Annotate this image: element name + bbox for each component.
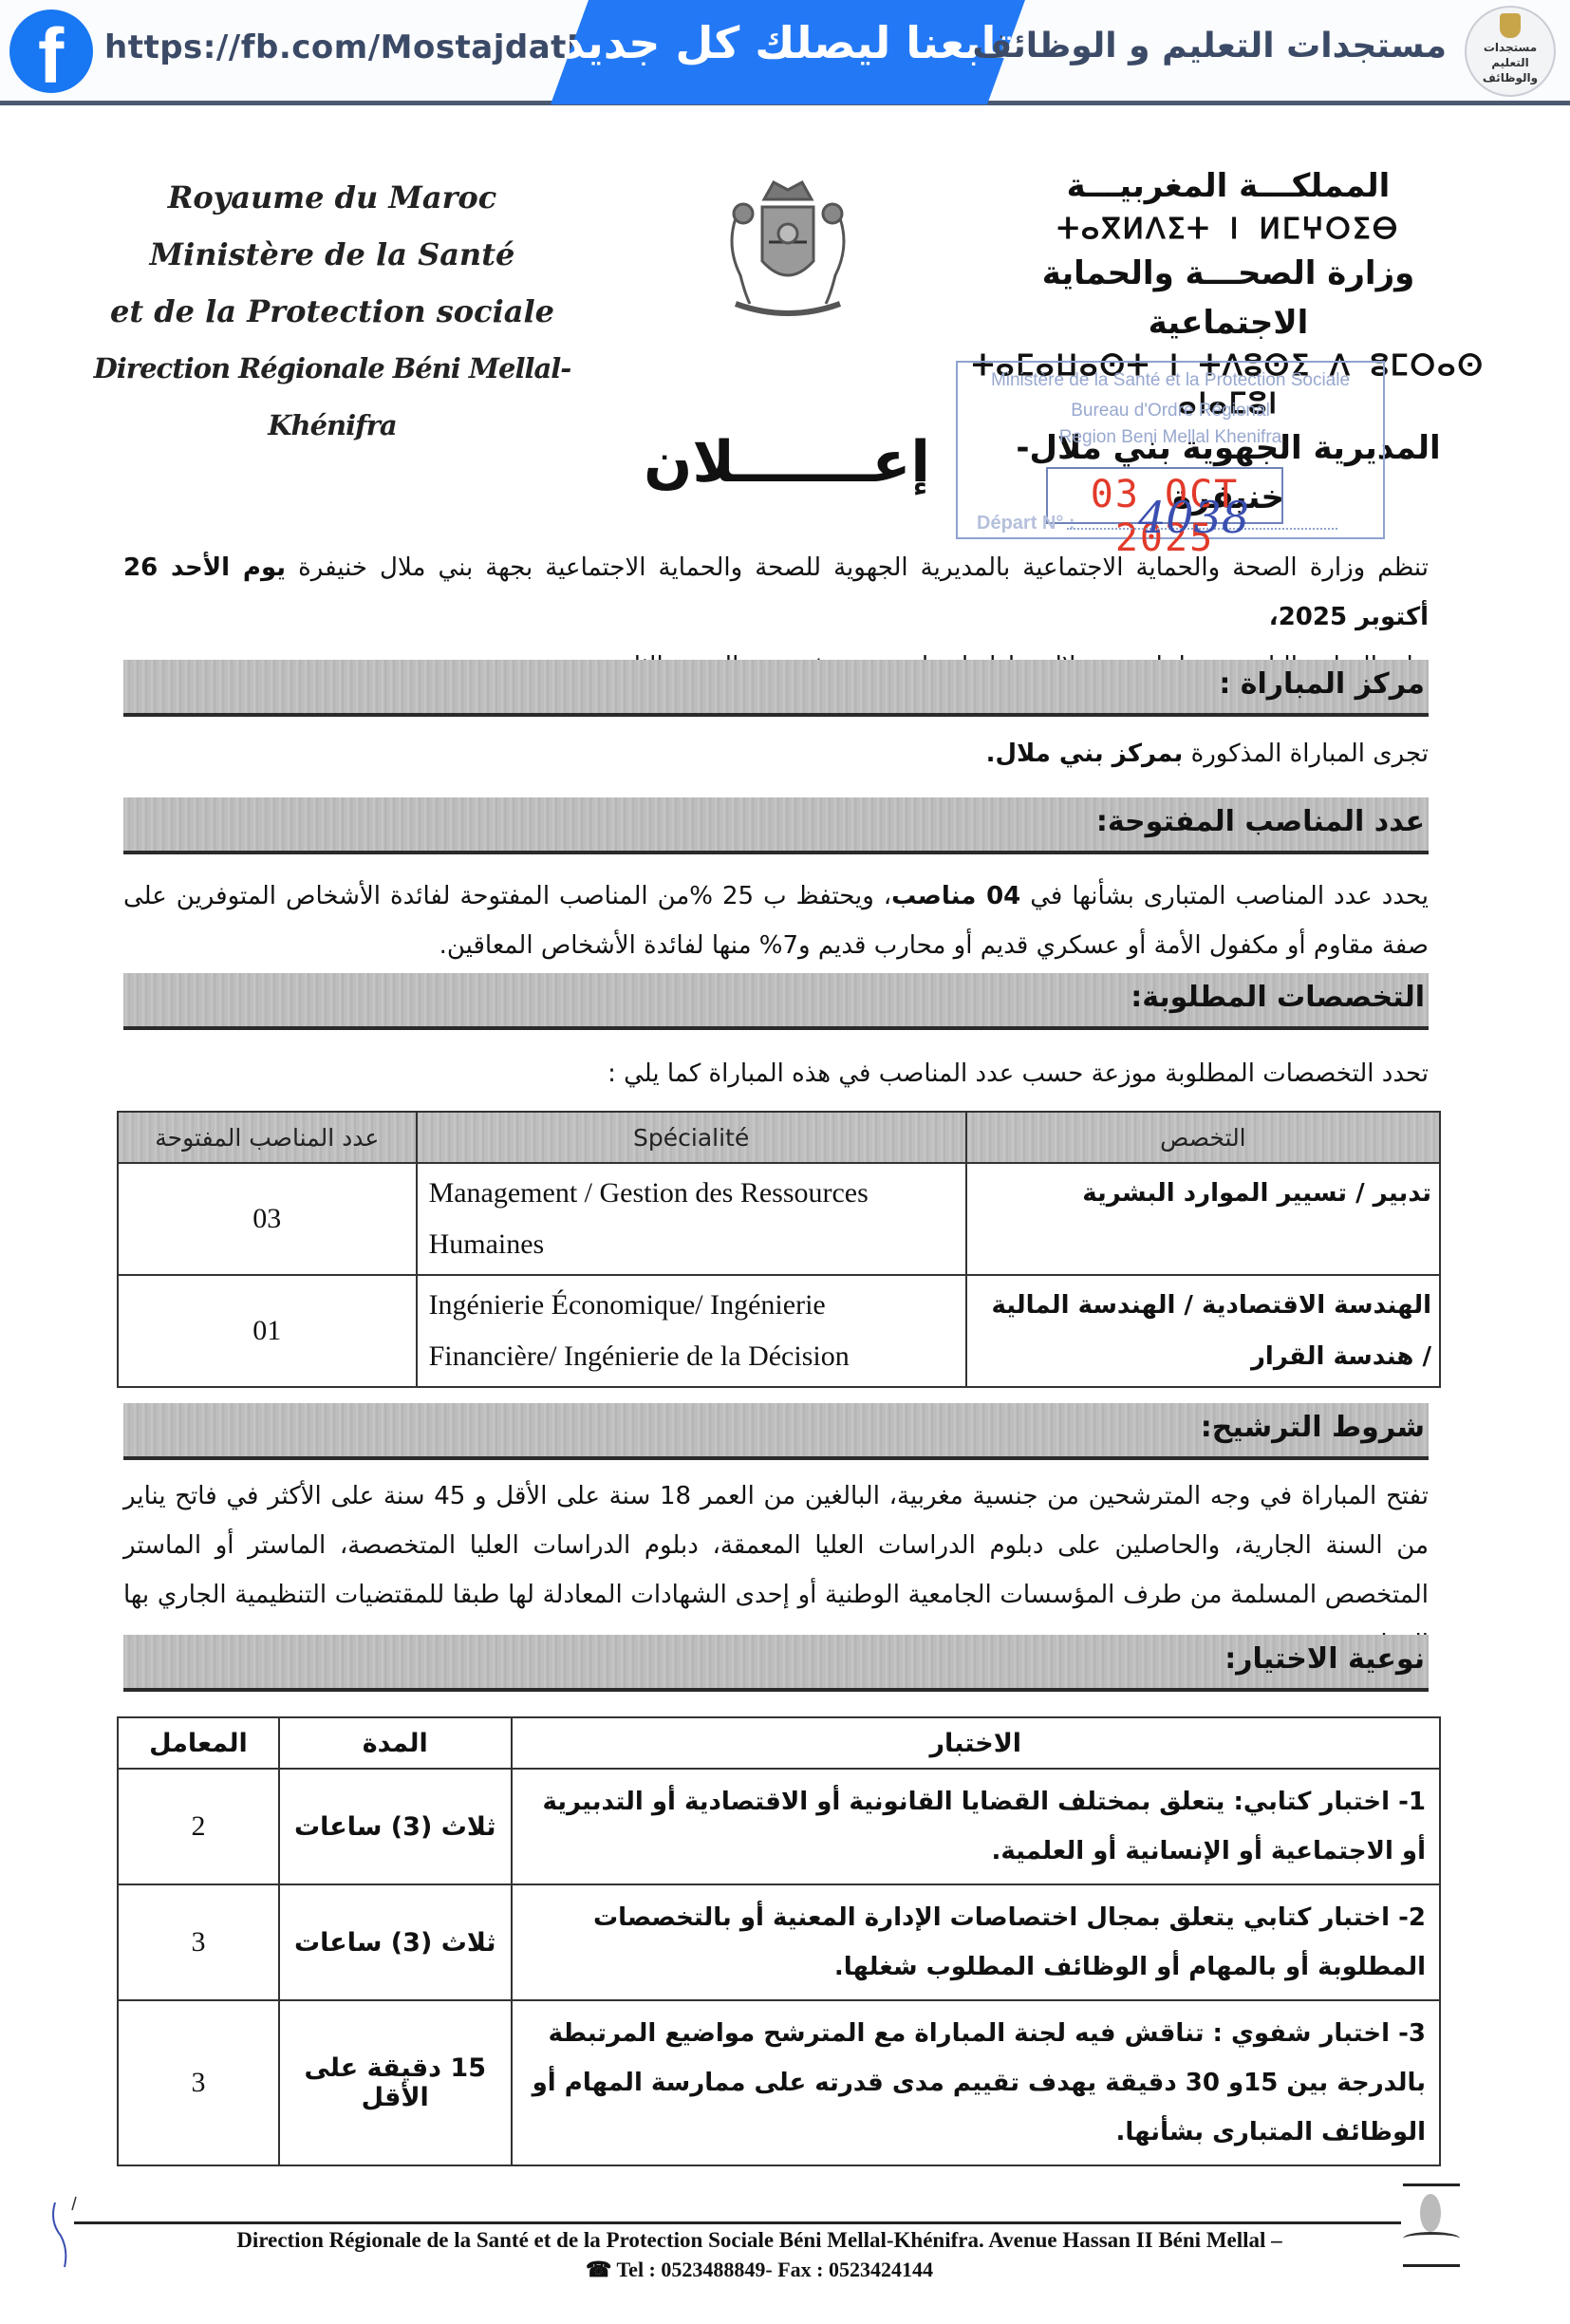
signature-mark: [47, 2193, 85, 2269]
cell-coefficient: 3: [118, 1884, 279, 2000]
footer-contact: ☎ Tel : 0523488849- Fax : 0523424144: [152, 2258, 1367, 2282]
section-center-heading: مركز المباراة :: [123, 660, 1429, 717]
section-conditions-heading: شروط الترشيح:: [123, 1403, 1429, 1460]
brand-name: مستجدات التعليم و الوظائف: [972, 27, 1447, 66]
table-row: 2- اختبار كتابي يتعلق بمجال اختصاصات الإ…: [118, 1884, 1440, 2000]
col-header-open-posts: عدد المناصب المفتوحة: [118, 1112, 417, 1163]
cell-duration: ثلاث (3) ساعات: [279, 1884, 512, 2000]
cell-test: 1- اختبار كتابي: يتعلق بمختلف القضايا ال…: [512, 1769, 1440, 1884]
footer-rule: [74, 2221, 1401, 2224]
cell-specialty-ar: تدبير / تسيير الموارد البشرية: [966, 1163, 1440, 1275]
section-posts-heading: عدد المناصب المفتوحة:: [123, 797, 1429, 854]
brand-logo: مستجدات التعليم والوظائف: [1465, 6, 1556, 97]
col-header-specialty-fr: Spécialité: [417, 1112, 966, 1163]
brand-logo-line1: مستجدات التعليم: [1467, 40, 1554, 70]
table-row: الهندسة الاقتصادية / الهندسة المالية / ه…: [118, 1275, 1440, 1387]
cell-specialty-fr: Management / Gestion des Ressources Huma…: [417, 1163, 966, 1275]
table-row: تدبير / تسيير الموارد البشرية Management…: [118, 1163, 1440, 1275]
cell-test: 3- اختبار شفوي : تناقش فيه لجنة المباراة…: [512, 2000, 1440, 2165]
col-header-coefficient: المعامل: [118, 1717, 279, 1769]
posts-paragraph: يحدد عدد المناصب المتبارى بشأنها في 04 م…: [123, 871, 1429, 970]
stamp-region: Region Beni Mellal Khenifra: [958, 427, 1383, 448]
fr-direction: Direction Régionale Béni Mellal-Khénifra: [66, 340, 598, 454]
ar-ministry: وزارة الصحـــة والحماية الاجتماعية: [963, 249, 1494, 347]
table-row: 3- اختبار شفوي : تناقش فيه لجنة المباراة…: [118, 2000, 1440, 2165]
cell-coefficient: 2: [118, 1769, 279, 1884]
departure-number: 4038: [1138, 492, 1249, 543]
ministry-logo-icon: [1403, 2183, 1460, 2267]
table-header-row: الاختبار المدة المعامل: [118, 1717, 1440, 1769]
facebook-icon[interactable]: f: [9, 9, 93, 93]
cell-specialty-fr: Ingénierie Économique/ Ingénierie Financ…: [417, 1275, 966, 1387]
section-tests-heading: نوعية الاختيار:: [123, 1635, 1429, 1692]
cell-specialty-ar: الهندسة الاقتصادية / الهندسة المالية / ه…: [966, 1275, 1440, 1387]
cell-duration: 15 دقيقة على الأقل: [279, 2000, 512, 2165]
center-paragraph: تجرى المباراة المذكورة بمركز بني ملال.: [123, 729, 1429, 778]
col-header-specialty-ar: التخصص: [966, 1112, 1440, 1163]
crest-mini-icon: [1500, 13, 1521, 38]
registry-stamp: Ministère de la Santé et la Protection S…: [956, 361, 1385, 539]
cell-test: 2- اختبار كتابي يتعلق بمجال اختصاصات الإ…: [512, 1884, 1440, 2000]
fr-protection: et de la Protection sociale: [66, 283, 598, 340]
cell-coefficient: 3: [118, 2000, 279, 2165]
follow-us-text: تابعنا ليصلك كل جديد: [551, 17, 1025, 68]
specialities-table: التخصص Spécialité عدد المناصب المفتوحة ت…: [117, 1111, 1441, 1388]
letterhead-french: Royaume du Maroc Ministère de la Santé e…: [66, 169, 598, 454]
footer-address: Direction Régionale de la Santé et de la…: [152, 2228, 1367, 2253]
section-specialities-heading: التخصصات المطلوبة:: [123, 973, 1429, 1030]
col-header-duration: المدة: [279, 1717, 512, 1769]
cell-open-posts: 01: [118, 1275, 417, 1387]
stamp-bureau: Bureau d'Ordre Régional: [958, 401, 1383, 422]
table-header-row: التخصص Spécialité عدد المناصب المفتوحة: [118, 1112, 1440, 1163]
stamp-ministry: Ministère de la Santé et la Protection S…: [958, 370, 1383, 391]
moroccan-coat-of-arms-icon: [717, 171, 859, 323]
page-title: إعـــــــلان: [664, 429, 930, 496]
intro-line1: تنظم وزارة الصحة والحماية الاجتماعية بال…: [286, 553, 1429, 582]
brand-logo-line2: والوظائف: [1467, 70, 1554, 85]
cell-open-posts: 03: [118, 1163, 417, 1275]
col-header-test: الاختبار: [512, 1717, 1440, 1769]
fr-kingdom: Royaume du Maroc: [66, 169, 598, 226]
fr-ministry: Ministère de la Santé: [66, 226, 598, 283]
wave-icon: [1403, 2232, 1460, 2245]
table-row: 1- اختبار كتابي: يتعلق بمختلف القضايا ال…: [118, 1769, 1440, 1884]
tifinagh-kingdom: ⵜⴰⴳⵍⴷⵉⵜ ⵏ ⵍⵎⵖⵔⵉⴱ: [963, 211, 1494, 249]
departure-label: Départ N° :: [977, 513, 1075, 534]
drop-icon: [1420, 2194, 1441, 2232]
tests-table: الاختبار المدة المعامل 1- اختبار كتابي: …: [117, 1716, 1441, 2166]
ar-kingdom: المملكـــة المغربيـــة: [963, 161, 1494, 211]
specialities-intro: تحدد التخصصات المطلوبة موزعة حسب عدد الم…: [123, 1049, 1429, 1098]
cell-duration: ثلاث (3) ساعات: [279, 1769, 512, 1884]
